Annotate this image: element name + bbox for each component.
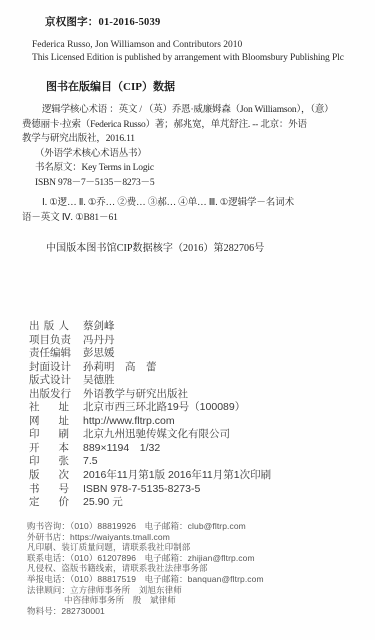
colophon-value: 889×1194 1/32 bbox=[83, 440, 160, 455]
original-title-line: 书名原文：Key Terms in Logic bbox=[22, 161, 372, 176]
colophon-value: http://www.fltrp.com bbox=[83, 415, 175, 427]
colophon-row-publisher: 出版发行 外语教学与研究出版社 bbox=[29, 386, 369, 400]
classification-line: Ⅰ. ①逻… Ⅱ. ①乔… ②费… ③郝… ④单… Ⅲ. ①逻辑学－名词术 bbox=[22, 196, 372, 211]
colophon-row-website: 网址 http://www.fltrp.com bbox=[29, 413, 369, 427]
cip-classification-block: Ⅰ. ①逻… Ⅱ. ①乔… ②费… ③郝… ④单… Ⅲ. ①逻辑学－名词术 语－… bbox=[22, 196, 372, 225]
contact-line-purchase: 购书咨询：（010）88819926 电子邮箱：club@fltrp.com bbox=[27, 520, 367, 531]
colophon-row-price: 定价 25.90 元 bbox=[29, 494, 369, 508]
colophon-row-publisher-person: 出版人 蔡剑峰 bbox=[29, 318, 369, 332]
series-note: （外语学术核心术语丛书） bbox=[22, 147, 372, 162]
colophon-row-format: 开本 889×1194 1/32 bbox=[29, 440, 369, 454]
colophon-label: 定价 bbox=[29, 494, 69, 509]
cip-paragraph-line: 教学与研究出版社，2016.11 bbox=[22, 132, 372, 147]
colophon-value: 7.5 bbox=[83, 455, 98, 467]
cip-data-heading: 图书在版编目（CIP）数据 bbox=[46, 78, 175, 94]
colophon-block: 出版人 蔡剑峰 项目负责 冯丹丹 责任编辑 彭思媛 封面设计 孙莉明 高 蕾 版… bbox=[29, 318, 369, 508]
contact-line-report-phone: 举报电话：（010）88817519 电子邮箱：banquan@fltrp.co… bbox=[27, 573, 367, 584]
colophon-row-edition: 版次 2016年11月第1版 2016年11月第1次印刷 bbox=[29, 467, 369, 481]
contact-line-material-number: 物料号：282730001 bbox=[27, 605, 367, 616]
beijing-copyright-registration-number: 京权图字：01-2016-5039 bbox=[45, 14, 160, 29]
colophon-value: 北京市西三环北路19号（100089） bbox=[83, 399, 245, 414]
cip-description-block: 逻辑学核心术语 ：英文 / （英）乔恩·威廉姆森（Jon Williamson）… bbox=[22, 103, 372, 190]
colophon-row-editor: 责任编辑 彭思媛 bbox=[29, 345, 369, 359]
book-copyright-page: 京权图字：01-2016-5039 Federica Russo, Jon Wi… bbox=[0, 0, 375, 640]
contact-line-legal-counsel-2: 中咨律师事务所 殷 斌律师 bbox=[27, 594, 367, 605]
contact-line-print-quality-note: 凡印刷、装订质量问题，请联系我社印制部 bbox=[27, 541, 367, 552]
colophon-value: 2016年11月第1版 2016年11月第1次印刷 bbox=[83, 467, 271, 482]
contact-line-phone: 联系电话：（010）61207896 电子邮箱：zhijian@fltrp.co… bbox=[27, 552, 367, 563]
colophon-row-printer: 印刷 北京九州迅驰传媒文化有限公司 bbox=[29, 426, 369, 440]
copyright-statement-license: This Licensed Edition is published by ar… bbox=[32, 53, 344, 63]
colophon-row-project-lead: 项目负责 冯丹丹 bbox=[29, 332, 369, 346]
colophon-row-sheets: 印张 7.5 bbox=[29, 453, 369, 467]
colophon-row-book-number: 书号 ISBN 978-7-5135-8273-5 bbox=[29, 481, 369, 495]
classification-line: 语－英文 Ⅳ. ①B81－61 bbox=[22, 211, 372, 226]
isbn-line: ISBN 978－7－5135－8273－5 bbox=[22, 176, 372, 191]
colophon-row-cover-design: 封面设计 孙莉明 高 蕾 bbox=[29, 359, 369, 373]
colophon-value: ISBN 978-7-5135-8273-5 bbox=[83, 483, 200, 495]
colophon-value: 25.90 元 bbox=[83, 494, 123, 509]
cip-record-number: 中国版本图书馆CIP数据核字（2016）第282706号 bbox=[46, 239, 264, 254]
contact-line-piracy-note: 凡侵权、盗版书籍线索，请联系我社法律事务部 bbox=[27, 562, 367, 573]
contact-line-bookstore: 外研书店：https://waiyants.tmall.com bbox=[27, 531, 367, 542]
contact-info-block: 购书咨询：（010）88819926 电子邮箱：club@fltrp.com 外… bbox=[27, 520, 367, 615]
colophon-row-address: 社址 北京市西三环北路19号（100089） bbox=[29, 399, 369, 413]
colophon-row-layout-design: 版式设计 吴德胜 bbox=[29, 372, 369, 386]
contact-line-legal-counsel: 法律顾问：立方律师事务所 刘旭东律师 bbox=[27, 584, 367, 595]
cip-paragraph-line: 费德丽卡·拉索（Federica Russo）著；郝兆宽，单芃舒注. -- 北京… bbox=[22, 118, 372, 133]
copyright-statement-authors: Federica Russo, Jon Williamson and Contr… bbox=[32, 40, 242, 50]
cip-paragraph-line: 逻辑学核心术语 ：英文 / （英）乔恩·威廉姆森（Jon Williamson）… bbox=[22, 103, 372, 118]
